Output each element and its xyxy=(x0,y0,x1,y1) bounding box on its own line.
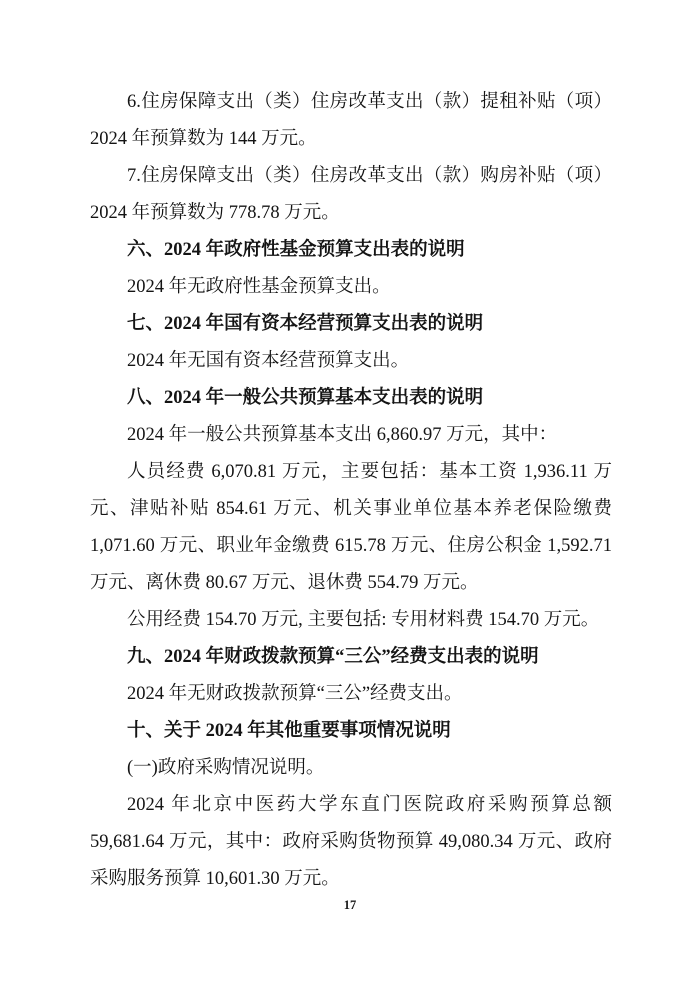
page-number: 17 xyxy=(344,898,357,912)
section-heading: 八、2024 年一般公共预算基本支出表的说明 xyxy=(90,380,612,417)
document-body: 6.住房保障支出（类）住房改革支出（款）提租补贴（项）2024 年预算数为 14… xyxy=(90,84,612,898)
page-footer: 17 xyxy=(0,896,700,914)
body-paragraph: 公用经费 154.70 万元, 主要包括: 专用材料费 154.70 万元。 xyxy=(90,602,612,639)
section-heading: 七、2024 年国有资本经营预算支出表的说明 xyxy=(90,306,612,343)
body-paragraph: 7.住房保障支出（类）住房改革支出（款）购房补贴（项）2024 年预算数为 77… xyxy=(90,158,612,232)
section-heading: 十、关于 2024 年其他重要事项情况说明 xyxy=(90,713,612,750)
section-heading: 九、2024 年财政拨款预算“三公”经费支出表的说明 xyxy=(90,639,612,676)
body-paragraph: 人员经费 6,070.81 万元，主要包括：基本工资 1,936.11 万元、津… xyxy=(90,454,612,602)
body-paragraph: 2024 年北京中医药大学东直门医院政府采购预算总额 59,681.64 万元，… xyxy=(90,787,612,898)
body-paragraph: 6.住房保障支出（类）住房改革支出（款）提租补贴（项）2024 年预算数为 14… xyxy=(90,84,612,158)
body-paragraph: 2024 年无国有资本经营预算支出。 xyxy=(90,343,612,380)
body-paragraph: 2024 年无政府性基金预算支出。 xyxy=(90,269,612,306)
body-paragraph: 2024 年无财政拨款预算“三公”经费支出。 xyxy=(90,676,612,713)
section-heading: 六、2024 年政府性基金预算支出表的说明 xyxy=(90,232,612,269)
body-paragraph: (一)政府采购情况说明。 xyxy=(90,750,612,787)
document-page: 6.住房保障支出（类）住房改革支出（款）提租补贴（项）2024 年预算数为 14… xyxy=(0,0,700,990)
body-paragraph: 2024 年一般公共预算基本支出 6,860.97 万元，其中： xyxy=(90,417,612,454)
